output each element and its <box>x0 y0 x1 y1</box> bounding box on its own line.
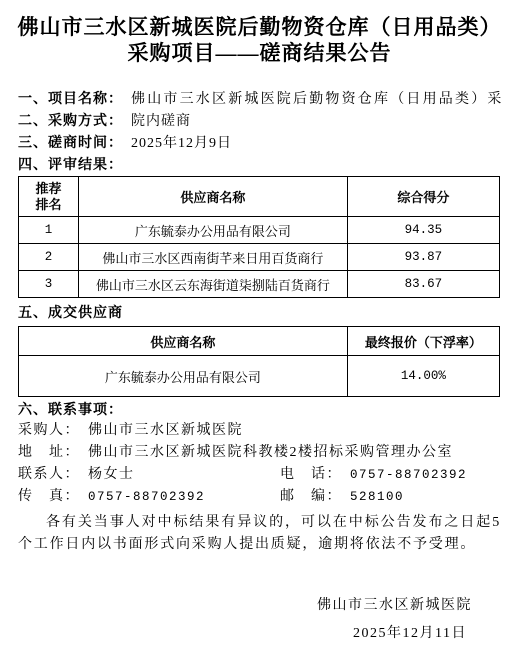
award-table-header-row: 供应商名称 最终报价（下浮率） <box>19 327 500 356</box>
fax-label: 传 真： <box>18 489 80 504</box>
review-table-row: 1 广东毓泰办公用品有限公司 94.35 <box>19 217 500 244</box>
contact-person-field: 联系人：杨女士 <box>18 467 135 482</box>
signature-org: 佛山市三水区新城医院 <box>18 592 501 620</box>
final-price-cell: 14.00% <box>347 356 499 397</box>
review-result-label: 四、评审结果： <box>18 156 123 172</box>
rank-cell: 3 <box>19 271 79 298</box>
supplier-column-header: 供应商名称 <box>79 177 348 217</box>
score-cell: 83.67 <box>347 271 499 298</box>
address-line: 地 址：佛山市三水区新城医院科教楼2楼招标采购管理办公室 <box>18 442 501 464</box>
award-supplier-heading: 五、成交供应商 <box>18 303 501 323</box>
award-supplier-column-header: 供应商名称 <box>19 327 348 356</box>
negotiation-date-label: 三、磋商时间： <box>18 134 123 150</box>
phone-label: 电 话： <box>280 467 342 482</box>
rank-cell: 1 <box>19 217 79 244</box>
postcode-field: 邮 编：528100 <box>280 486 404 508</box>
review-table-row: 2 佛山市三水区西南街芊来日用百货商行 93.87 <box>19 244 500 271</box>
score-cell: 93.87 <box>347 244 499 271</box>
fax-value: 0757-88702392 <box>88 490 205 504</box>
page-title-line2: 采购项目——磋商结果公告 <box>128 41 392 65</box>
contact-person-value: 杨女士 <box>88 467 135 482</box>
postcode-label: 邮 编： <box>280 489 342 504</box>
supplier-cell: 佛山市三水区云东海街道柒捌陆百货商行 <box>79 271 348 298</box>
award-supplier-table: 供应商名称 最终报价（下浮率） 广东毓泰办公用品有限公司 14.00% <box>18 326 500 397</box>
final-price-column-header: 最终报价（下浮率） <box>347 327 499 356</box>
award-supplier-cell: 广东毓泰办公用品有限公司 <box>19 356 348 397</box>
signature-date: 2025年12月11日 <box>18 620 501 648</box>
announcement-document: 佛山市三水区新城医院后勤物资仓库（日用品类） 采购项目——磋商结果公告 一、项目… <box>0 0 519 650</box>
fax-field: 传 真：0757-88702392 <box>18 489 205 504</box>
buyer-label: 采购人： <box>18 423 80 438</box>
project-name-label: 一、项目名称： <box>18 90 123 106</box>
supplier-cell: 佛山市三水区西南街芊来日用百货商行 <box>79 244 348 271</box>
contact-person-label: 联系人： <box>18 467 80 482</box>
review-table-row: 3 佛山市三水区云东海街道柒捌陆百货商行 83.67 <box>19 271 500 298</box>
award-table-row: 广东毓泰办公用品有限公司 14.00% <box>19 356 500 397</box>
rank-column-header: 推荐排名 <box>19 177 79 217</box>
review-table-header-row: 推荐排名 供应商名称 综合得分 <box>19 177 500 217</box>
page-title-line1: 佛山市三水区新城医院后勤物资仓库（日用品类） <box>18 15 502 39</box>
project-name-value: 佛山市三水区新城医院后勤物资仓库（日用品类）采 <box>131 92 504 107</box>
phone-value: 0757-88702392 <box>350 468 467 482</box>
procurement-method-line: 二、采购方式：院内磋商 <box>18 110 501 132</box>
fax-line: 传 真：0757-88702392 邮 编：528100 <box>18 486 501 508</box>
buyer-value: 佛山市三水区新城医院 <box>88 423 243 438</box>
procurement-method-value: 院内磋商 <box>131 114 191 129</box>
phone-field: 电 话：0757-88702392 <box>280 464 467 486</box>
review-result-table: 推荐排名 供应商名称 综合得分 1 广东毓泰办公用品有限公司 94.35 2 佛… <box>18 176 500 298</box>
score-cell: 94.35 <box>347 217 499 244</box>
page-title: 佛山市三水区新城医院后勤物资仓库（日用品类） 采购项目——磋商结果公告 <box>0 0 519 66</box>
award-supplier-label: 五、成交供应商 <box>18 304 123 320</box>
buyer-line: 采购人：佛山市三水区新城医院 <box>18 420 501 442</box>
contact-heading-label: 六、联系事项： <box>18 401 123 417</box>
procurement-method-label: 二、采购方式： <box>18 112 123 128</box>
negotiation-date-line: 三、磋商时间：2025年12月9日 <box>18 132 501 154</box>
project-name-line: 一、项目名称：佛山市三水区新城医院后勤物资仓库（日用品类）采 <box>18 88 501 110</box>
supplier-cell: 广东毓泰办公用品有限公司 <box>79 217 348 244</box>
address-label: 地 址： <box>18 445 80 460</box>
contact-heading: 六、联系事项： <box>18 400 501 420</box>
address-value: 佛山市三水区新城医院科教楼2楼招标采购管理办公室 <box>88 445 453 460</box>
objection-notice: 各有关当事人对中标结果有异议的，可以在中标公告发布之日起5个工作日内以书面形式向… <box>18 512 501 556</box>
footer-signature: 佛山市三水区新城医院 2025年12月11日 <box>18 592 501 648</box>
rank-cell: 2 <box>19 244 79 271</box>
score-column-header: 综合得分 <box>347 177 499 217</box>
review-result-heading: 四、评审结果： <box>18 154 501 176</box>
postcode-value: 528100 <box>350 490 404 504</box>
contact-person-line: 联系人：杨女士 电 话：0757-88702392 <box>18 464 501 486</box>
negotiation-date-value: 2025年12月9日 <box>131 136 232 151</box>
